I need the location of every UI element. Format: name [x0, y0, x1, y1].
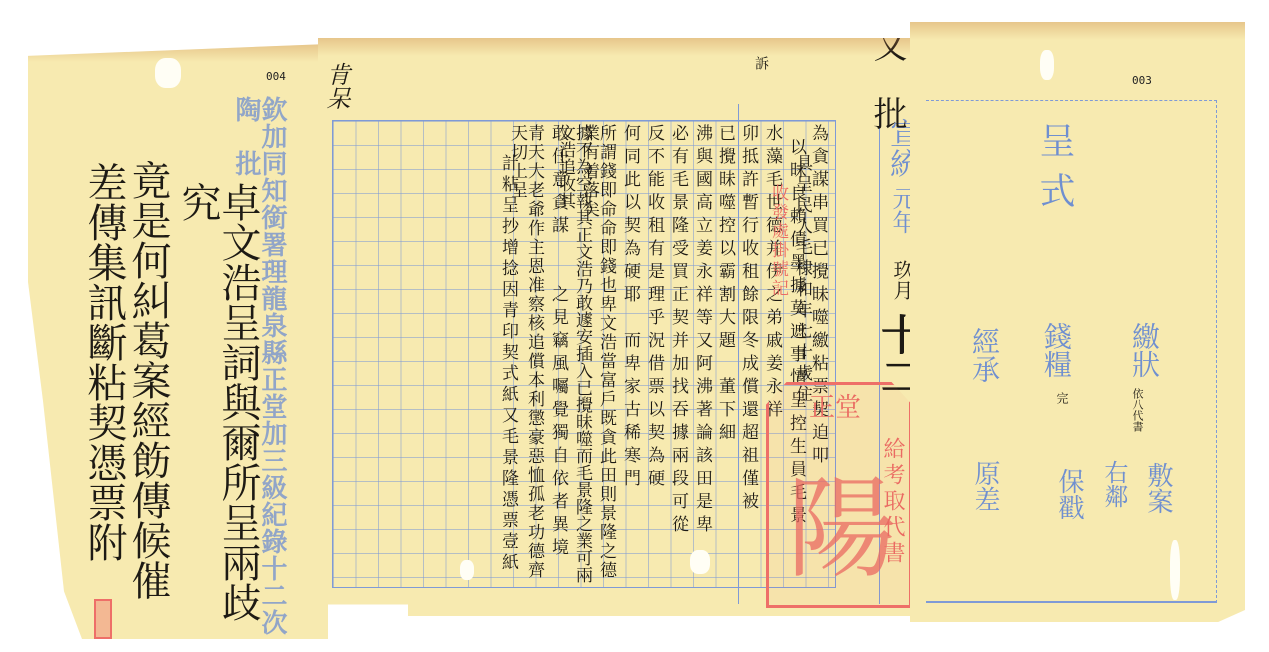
registry-stamp: 收發處掛號記 — [769, 184, 786, 298]
red-official-seal: 正堂 給考取代書 陽 — [766, 382, 912, 608]
form-field-youlin: 右鄰 — [1102, 460, 1126, 508]
ruling-column-2: 竟是何糾葛案經飭傳候催 — [128, 160, 168, 600]
month-text: 玖月 — [892, 260, 912, 300]
paper-damage — [690, 550, 710, 574]
paper-damage — [1040, 50, 1054, 80]
seal-top-text: 正堂 — [809, 395, 861, 421]
petitioner-header: 具呈民人毛棣和年七十歲住 — [793, 154, 810, 406]
paper-tear — [155, 58, 181, 88]
ruling-column-1: 卓文浩呈詞與爾所呈兩歧究 — [178, 182, 258, 639]
page-number-004: 004 — [266, 70, 286, 83]
body-column: 何同此以契為硬耶 而卑家古稀寒門 — [621, 124, 638, 492]
annotation-mid: 訴 — [754, 56, 768, 70]
annotation-top-left: 肯呆 — [324, 62, 348, 110]
body-column: 計粘呈抄增捻因青印契式紙又毛景隆憑票壹紙 — [499, 154, 516, 574]
form-title: 呈式 — [1036, 122, 1072, 222]
small-red-seal — [94, 599, 112, 639]
body-column: 必有毛景隆受買正契并加找吞據兩段可從 — [669, 124, 686, 538]
form-field-qianliang: 錢糧 — [1042, 322, 1070, 378]
form-sheet: 003 呈式 繳狀 依八代書 錢糧 完 經承 敷案 右鄰 保戳 原差 — [910, 22, 1245, 622]
form-field-baochuo: 保戳 — [1056, 468, 1082, 520]
paper-damage — [1170, 540, 1180, 600]
seal-large-char: 陽 — [787, 441, 897, 599]
form-field-fuan: 敷案 — [1145, 462, 1171, 514]
form-note-daishu: 依八代書 — [1132, 388, 1143, 432]
form-field-zhuangzhuang: 繳狀 — [1130, 322, 1158, 378]
body-column: 已攪昧噬控以霸割大題 董下細 — [716, 124, 733, 446]
ruling-column-3: 差傳集訊斷粘契憑票附 — [84, 162, 124, 562]
left-sheet: 004 欽加同知銜署理龍泉縣正堂加三級紀錄十二次陶 批 卓文浩呈詞與爾所呈兩歧究… — [28, 44, 328, 639]
petition-sheet: 肯呆 訴 為貪謀串買已攪昧噬繳粘票契迫叩 以昧良賴債墨據莫遮事情呈控生員毛景 水… — [318, 38, 918, 616]
form-field-yuanchai: 原差 — [972, 460, 998, 512]
paper-damage — [460, 560, 474, 580]
form-field-jingcheng: 經承 — [970, 327, 998, 383]
body-column: 沸與國高立姜永祥等又阿沸著論該田是卑 — [693, 124, 710, 538]
page-number-003: 003 — [1132, 74, 1152, 87]
body-column: 敢任意貪謀 之見竊風囑覺獨自依者異境 — [549, 124, 566, 561]
form-note-wan: 完 — [1056, 392, 1068, 404]
body-column: 反不能收租有是理乎況借票以契為硬 — [645, 124, 662, 492]
top-mark: 又 批 — [870, 28, 904, 130]
